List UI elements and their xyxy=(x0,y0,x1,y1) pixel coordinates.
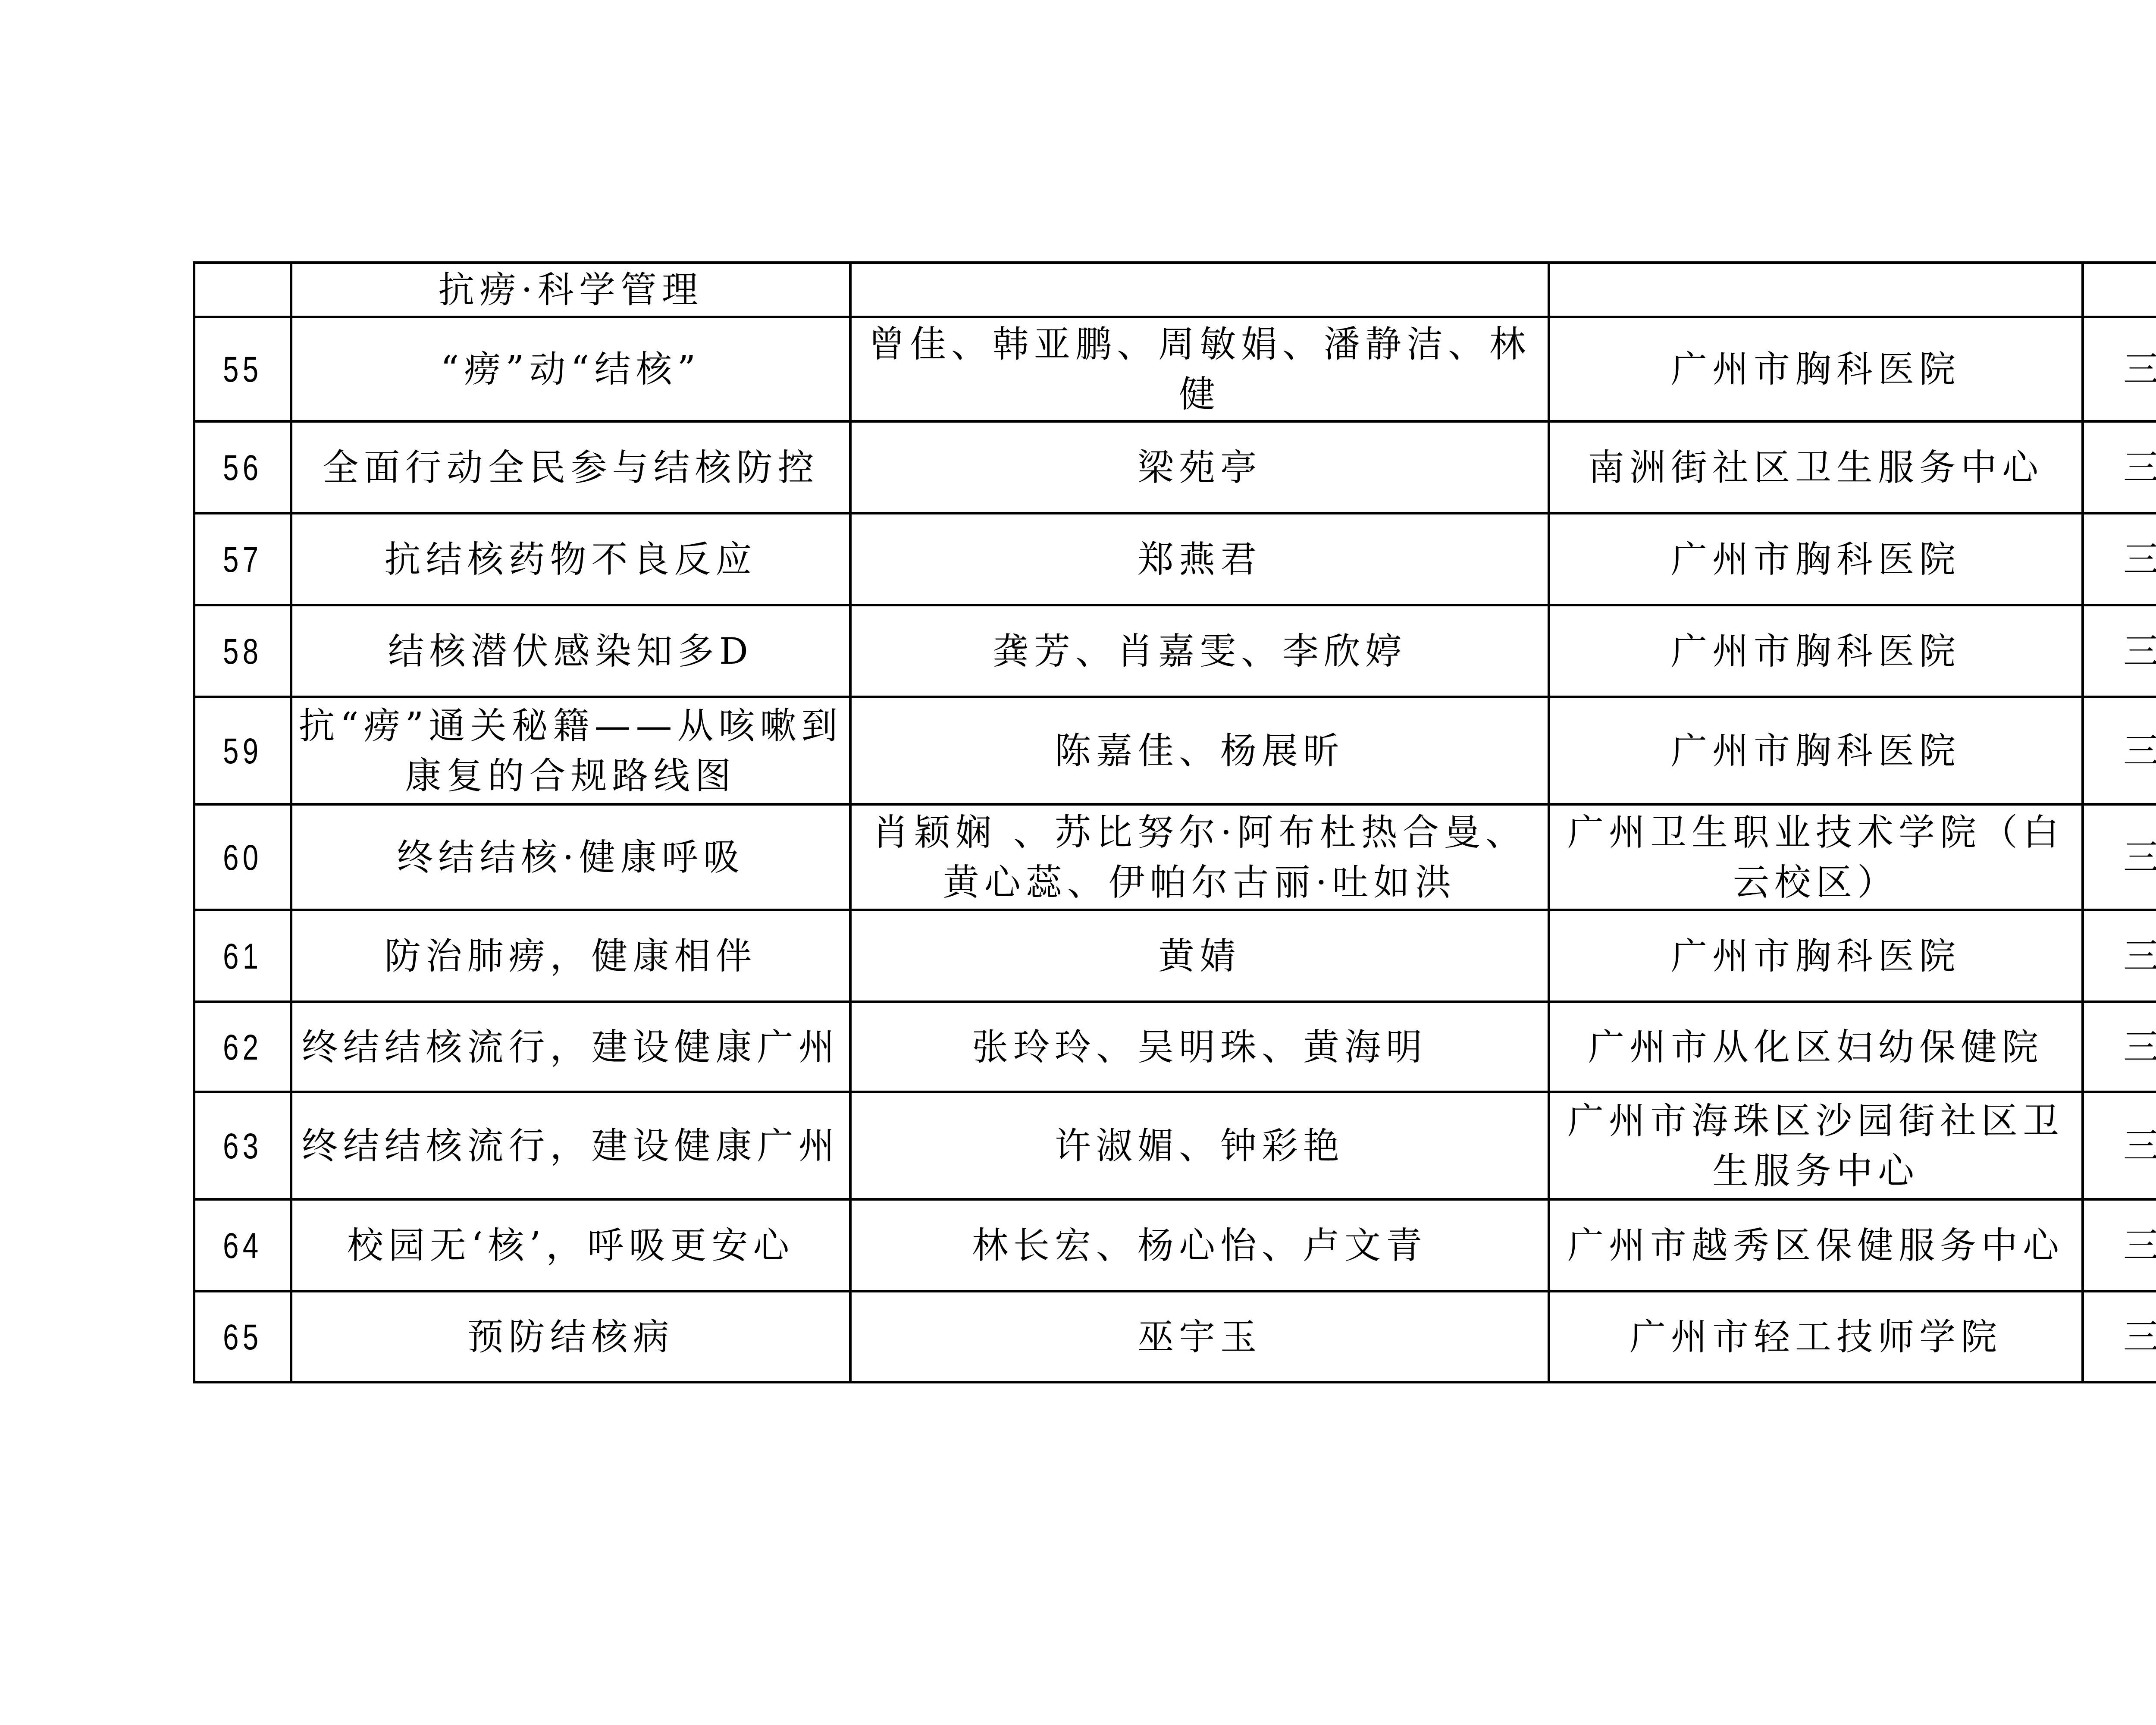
cell-title: 抗“痨”通关秘籍——从咳嗽到康复的合规路线图 xyxy=(291,697,850,804)
table-row: 65 预防结核病 巫宇玉 广州市轻工技师学院 三等奖 xyxy=(194,1291,2156,1382)
awards-table: 抗痨·科学管理 55 “痨”动“结核” 曾佳、韩亚鹏、周敏娟、潘静洁、林健 广州… xyxy=(193,261,2156,1383)
cell-authors: 巫宇玉 xyxy=(850,1291,1549,1382)
cell-number: 55 xyxy=(194,317,291,421)
cell-authors xyxy=(850,263,1549,317)
table-row: 64 校园无‘核’，呼吸更安心 林长宏、杨心怡、卢文青 广州市越秀区保健服务中心… xyxy=(194,1199,2156,1291)
table-row: 57 抗结核药物不良反应 郑燕君 广州市胸科医院 三等奖 xyxy=(194,513,2156,605)
cell-number: 58 xyxy=(194,605,291,697)
cell-authors: 郑燕君 xyxy=(850,513,1549,605)
cell-number: 65 xyxy=(194,1291,291,1382)
cell-award: 三等奖 xyxy=(2083,513,2156,605)
cell-number: 62 xyxy=(194,1002,291,1092)
cell-award: 三等奖 xyxy=(2083,605,2156,697)
cell-organization: 广州市从化区妇幼保健院 xyxy=(1549,1002,2083,1092)
cell-number: 59 xyxy=(194,697,291,804)
cell-number: 56 xyxy=(194,421,291,513)
cell-number: 64 xyxy=(194,1199,291,1291)
cell-authors: 陈嘉佳、杨展昕 xyxy=(850,697,1549,804)
cell-award: 三等奖 xyxy=(2083,1002,2156,1092)
table-row: 60 终结结核·健康呼吸 肖颖娴 、苏比努尔·阿布杜热合曼、黄心蕊、伊帕尔古丽·… xyxy=(194,804,2156,910)
cell-authors: 林长宏、杨心怡、卢文青 xyxy=(850,1199,1549,1291)
cell-award: 三等奖 xyxy=(2083,1199,2156,1291)
table-row: 61 防治肺痨，健康相伴 黄婧 广州市胸科医院 三等奖 xyxy=(194,910,2156,1002)
cell-authors: 龚芳、肖嘉雯、李欣婷 xyxy=(850,605,1549,697)
table-row: 59 抗“痨”通关秘籍——从咳嗽到康复的合规路线图 陈嘉佳、杨展昕 广州市胸科医… xyxy=(194,697,2156,804)
cell-title: 结核潜伏感染知多D xyxy=(291,605,850,697)
table-row: 58 结核潜伏感染知多D 龚芳、肖嘉雯、李欣婷 广州市胸科医院 三等奖 xyxy=(194,605,2156,697)
cell-organization xyxy=(1549,263,2083,317)
cell-number: 61 xyxy=(194,910,291,1002)
cell-organization: 广州市越秀区保健服务中心 xyxy=(1549,1199,2083,1291)
table-row: 63 终结结核流行，建设健康广州 许淑媚、钟彩艳 广州市海珠区沙园街社区卫生服务… xyxy=(194,1092,2156,1199)
cell-authors: 梁苑亭 xyxy=(850,421,1549,513)
cell-title: 全面行动全民参与结核防控 xyxy=(291,421,850,513)
cell-title: 终结结核流行，建设健康广州 xyxy=(291,1092,850,1199)
cell-title: 终结结核流行，建设健康广州 xyxy=(291,1002,850,1092)
cell-authors: 许淑媚、钟彩艳 xyxy=(850,1092,1549,1199)
cell-title: 预防结核病 xyxy=(291,1291,850,1382)
cell-organization: 广州市胸科医院 xyxy=(1549,697,2083,804)
cell-number: 63 xyxy=(194,1092,291,1199)
table-row: 55 “痨”动“结核” 曾佳、韩亚鹏、周敏娟、潘静洁、林健 广州市胸科医院 三等… xyxy=(194,317,2156,421)
cell-award: 三等奖 xyxy=(2083,421,2156,513)
cell-organization: 广州市胸科医院 xyxy=(1549,910,2083,1002)
cell-organization: 广州市胸科医院 xyxy=(1549,317,2083,421)
cell-number xyxy=(194,263,291,317)
table-row: 56 全面行动全民参与结核防控 梁苑亭 南洲街社区卫生服务中心 三等奖 xyxy=(194,421,2156,513)
cell-authors: 张玲玲、吴明珠、黄海明 xyxy=(850,1002,1549,1092)
cell-award: 三等奖 xyxy=(2083,1092,2156,1199)
cell-award xyxy=(2083,263,2156,317)
cell-organization: 广州市轻工技师学院 xyxy=(1549,1291,2083,1382)
cell-number: 60 xyxy=(194,804,291,910)
cell-award: 三等奖 xyxy=(2083,697,2156,804)
cell-number: 57 xyxy=(194,513,291,605)
cell-title: 终结结核·健康呼吸 xyxy=(291,804,850,910)
cell-award: 三等奖 xyxy=(2083,804,2156,910)
cell-award: 三等奖 xyxy=(2083,1291,2156,1382)
cell-award: 三等奖 xyxy=(2083,317,2156,421)
cell-title: 校园无‘核’，呼吸更安心 xyxy=(291,1199,850,1291)
cell-organization: 广州市海珠区沙园街社区卫生服务中心 xyxy=(1549,1092,2083,1199)
cell-authors: 曾佳、韩亚鹏、周敏娟、潘静洁、林健 xyxy=(850,317,1549,421)
table-row: 抗痨·科学管理 xyxy=(194,263,2156,317)
cell-title: 抗结核药物不良反应 xyxy=(291,513,850,605)
cell-title: 防治肺痨，健康相伴 xyxy=(291,910,850,1002)
cell-organization: 广州卫生职业技术学院（白云校区） xyxy=(1549,804,2083,910)
cell-organization: 广州市胸科医院 xyxy=(1549,513,2083,605)
table-row: 62 终结结核流行，建设健康广州 张玲玲、吴明珠、黄海明 广州市从化区妇幼保健院… xyxy=(194,1002,2156,1092)
cell-award: 三等奖 xyxy=(2083,910,2156,1002)
cell-title: “痨”动“结核” xyxy=(291,317,850,421)
cell-organization: 广州市胸科医院 xyxy=(1549,605,2083,697)
cell-authors: 黄婧 xyxy=(850,910,1549,1002)
cell-authors: 肖颖娴 、苏比努尔·阿布杜热合曼、黄心蕊、伊帕尔古丽·吐如洪 xyxy=(850,804,1549,910)
cell-organization: 南洲街社区卫生服务中心 xyxy=(1549,421,2083,513)
cell-title: 抗痨·科学管理 xyxy=(291,263,850,317)
